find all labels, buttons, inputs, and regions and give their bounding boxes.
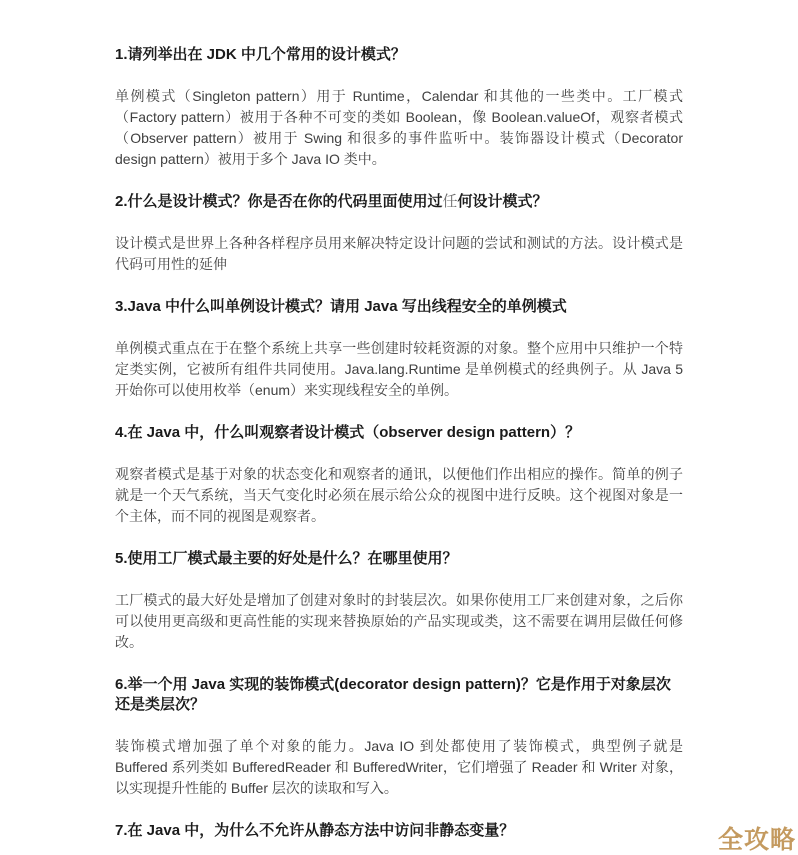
question-text: 6.举一个用 Java 实现的装饰模式(decorator design pat… bbox=[115, 676, 671, 713]
question-heading: 6.举一个用 Java 实现的装饰模式(decorator design pat… bbox=[115, 675, 683, 715]
watermark: 全攻略 bbox=[718, 820, 796, 855]
answer-paragraph: 单例模式（Singleton pattern）用于 Runtime，Calend… bbox=[115, 86, 683, 170]
answer-paragraph: 单例模式重点在于在整个系统上共享一些创建时较耗资源的对象。整个应用中只维护一个特… bbox=[115, 338, 683, 401]
question-text: 7.在 Java 中，为什么不允许从静态方法中访问非静态变量？ bbox=[115, 822, 514, 839]
answer-paragraph: 设计模式是世界上各种各样程序员用来解决特定设计问题的尝试和测试的方法。设计模式是… bbox=[115, 233, 683, 275]
question-heading: 4.在 Java 中，什么叫观察者设计模式（observer design pa… bbox=[115, 423, 683, 443]
question-text: 何设计模式？ bbox=[458, 193, 548, 210]
answer-paragraph: 工厂模式的最大好处是增加了创建对象时的封装层次。如果你使用工厂来创建对象，之后你… bbox=[115, 590, 683, 653]
qa-item: 6.举一个用 Java 实现的装饰模式(decorator design pat… bbox=[115, 675, 683, 799]
qa-item: 5.使用工厂模式最主要的好处是什么？在哪里使用？工厂模式的最大好处是增加了创建对… bbox=[115, 549, 683, 653]
question-heading: 1.请列举出在 JDK 中几个常用的设计模式？ bbox=[115, 45, 683, 65]
question-heading: 3.Java 中什么叫单例设计模式？请用 Java 写出线程安全的单例模式 bbox=[115, 297, 683, 317]
qa-item: 4.在 Java 中，什么叫观察者设计模式（observer design pa… bbox=[115, 423, 683, 527]
qa-item: 1.请列举出在 JDK 中几个常用的设计模式？单例模式（Singleton pa… bbox=[115, 45, 683, 170]
question-text: 2.什么是设计模式？你是否在你的代码里面使用过 bbox=[115, 193, 443, 210]
qa-item: 7.在 Java 中，为什么不允许从静态方法中访问非静态变量？ bbox=[115, 821, 683, 841]
question-text: 1.请列举出在 JDK 中几个常用的设计模式？ bbox=[115, 46, 406, 63]
qa-item: 3.Java 中什么叫单例设计模式？请用 Java 写出线程安全的单例模式单例模… bbox=[115, 297, 683, 401]
qa-item: 2.什么是设计模式？你是否在你的代码里面使用过任何设计模式？设计模式是世界上各种… bbox=[115, 192, 683, 275]
question-text: 5.使用工厂模式最主要的好处是什么？在哪里使用？ bbox=[115, 550, 458, 567]
document-page: 1.请列举出在 JDK 中几个常用的设计模式？单例模式（Singleton pa… bbox=[0, 0, 798, 855]
qa-list: 1.请列举出在 JDK 中几个常用的设计模式？单例模式（Singleton pa… bbox=[0, 0, 798, 841]
answer-paragraph: 装饰模式增加强了单个对象的能力。Java IO 到处都使用了装饰模式，典型例子就… bbox=[115, 736, 683, 799]
question-heading: 5.使用工厂模式最主要的好处是什么？在哪里使用？ bbox=[115, 549, 683, 569]
question-heading: 7.在 Java 中，为什么不允许从静态方法中访问非静态变量？ bbox=[115, 821, 683, 841]
question-text: 3.Java 中什么叫单例设计模式？请用 Java 写出线程安全的单例模式 bbox=[115, 298, 567, 315]
question-heading: 2.什么是设计模式？你是否在你的代码里面使用过任何设计模式？ bbox=[115, 192, 683, 212]
answer-paragraph: 观察者模式是基于对象的状态变化和观察者的通讯，以便他们作出相应的操作。简单的例子… bbox=[115, 464, 683, 527]
question-text: 4.在 Java 中，什么叫观察者设计模式（observer design pa… bbox=[115, 424, 580, 441]
question-text-light: 任 bbox=[443, 193, 458, 210]
